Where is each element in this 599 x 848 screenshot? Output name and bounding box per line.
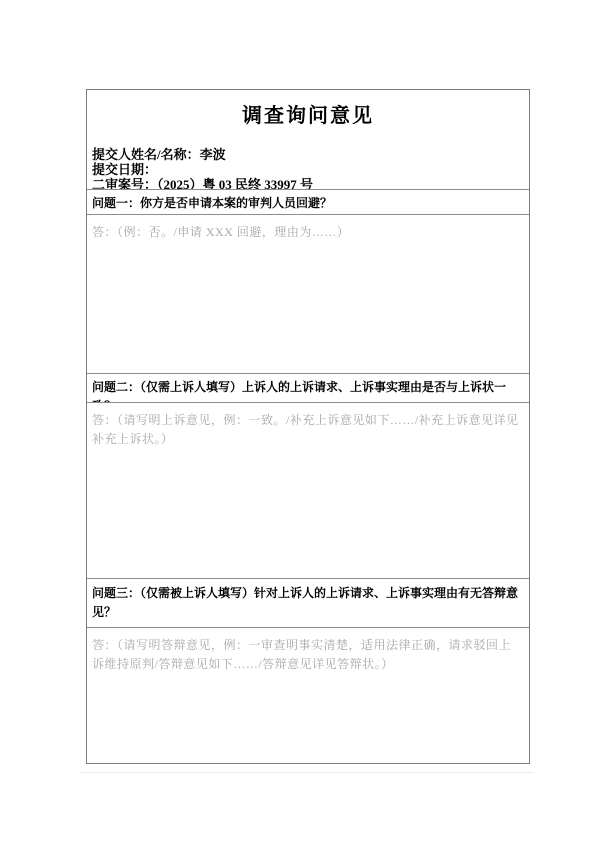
- answer-3-field[interactable]: 答：（请写明答辩意见，例：一审查明事实清楚，适用法律正确，请求驳回上诉维持原判/…: [87, 628, 529, 763]
- case-number-line: 二审案号：（2025）粤 03 民终 33997 号: [92, 177, 529, 190]
- document-page: 调查询问意见 提交人姓名/名称：李波 提交日期： 二审案号：（2025）粤 03…: [0, 0, 599, 848]
- header-cell: 调查询问意见 提交人姓名/名称：李波 提交日期： 二审案号：（2025）粤 03…: [87, 90, 529, 190]
- question-3: 问题三：（仅需被上诉人填写）针对上诉人的上诉请求、上诉事实理由有无答辩意见？: [87, 579, 529, 628]
- document-title: 调查询问意见: [87, 99, 529, 128]
- meta-block: 提交人姓名/名称：李波 提交日期： 二审案号：（2025）粤 03 民终 339…: [87, 147, 529, 190]
- answer-2-field[interactable]: 答：（请写明上诉意见，例：一致。/补充上诉意见如下……/补充上诉意见详见补充上诉…: [87, 403, 529, 579]
- question-1: 问题一：你方是否申请本案的审判人员回避？: [87, 190, 529, 215]
- submit-date-line: 提交日期：: [92, 162, 529, 177]
- questionnaire-table: 调查询问意见 提交人姓名/名称：李波 提交日期： 二审案号：（2025）粤 03…: [86, 89, 530, 764]
- answer-1-field[interactable]: 答：（例：否。/申请 XXX 回避，理由为……）: [87, 215, 529, 374]
- page-divider-line: [81, 772, 534, 773]
- question-2: 问题二：（仅需上诉人填写）上诉人的上诉请求、上诉事实理由是否与上诉状一致？: [87, 374, 529, 403]
- submitter-name-line: 提交人姓名/名称：李波: [92, 147, 529, 162]
